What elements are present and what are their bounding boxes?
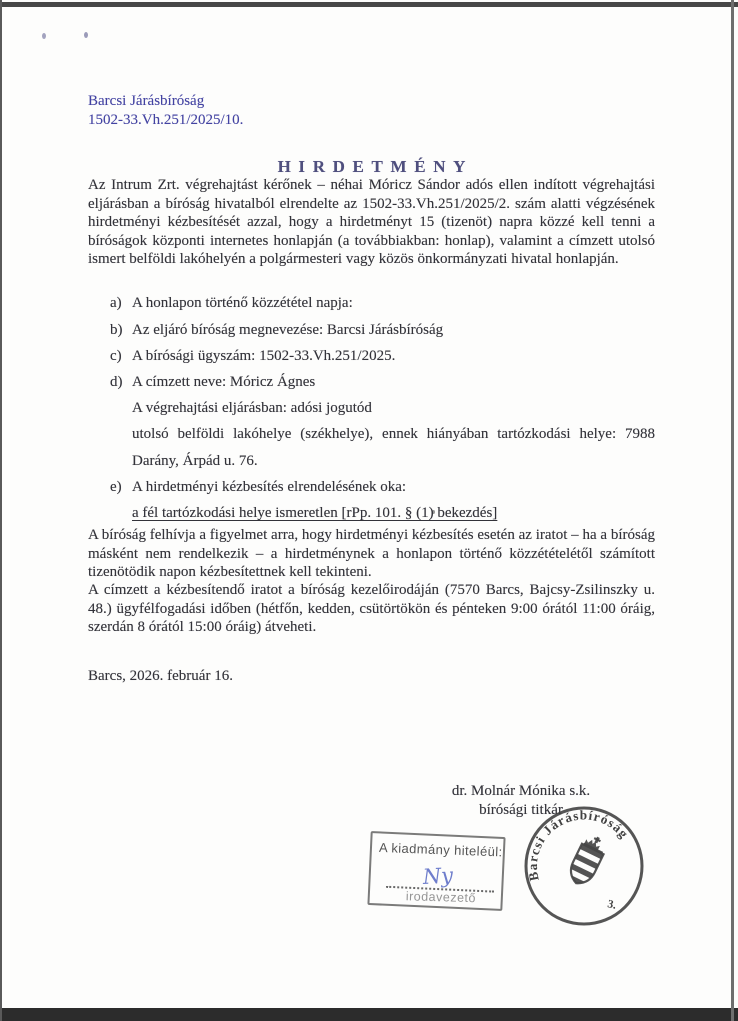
certification-label: A kiadmány hiteléül: <box>379 840 503 860</box>
list-item-c: c) A bírósági ügyszám: 1502-33.Vh.251/20… <box>88 343 655 369</box>
court-seal: Barcsi Járásbíróság 3. <box>521 803 647 929</box>
hungarian-coat-of-arms-icon <box>565 832 609 889</box>
list-marker: c) <box>110 343 122 369</box>
item-list: a) A honlapon történő közzététel napja: … <box>88 290 655 526</box>
list-item-b: b) Az eljáró bíróság megnevezése: Barcsi… <box>88 317 655 343</box>
intro-paragraph: Az Intrum Zrt. végrehajtást kérőnek – né… <box>88 176 655 268</box>
certifier-role: irodavezető <box>406 889 476 905</box>
certification-stamp: A kiadmány hiteléül: Ny irodavezető <box>367 831 505 911</box>
list-item-a: a) A honlapon történő közzététel napja: <box>88 290 655 316</box>
list-item-text: A honlapon történő közzététel napja: <box>132 295 353 311</box>
scan-edge-bottom <box>0 1008 738 1021</box>
scan-edge-right <box>731 0 734 1021</box>
date-line: Barcs, 2026. február 16. <box>88 667 655 685</box>
court-name: Barcsi Járásbíróság <box>88 92 655 111</box>
list-item-text: A címzett neve: Móricz Ágnes <box>132 374 315 390</box>
list-item-e: e) A hirdetményi kézbesítés elrendelésén… <box>88 474 655 500</box>
pickup-paragraph: A címzett a kézbesítendő iratot a bírósá… <box>88 581 655 636</box>
scan-edge-left <box>0 0 2 1021</box>
scan-speck <box>42 33 46 39</box>
case-number: 1502-33.Vh.251/2025/10. <box>88 111 655 130</box>
list-marker: b) <box>110 317 123 343</box>
underlined-text: a fél tartózkodási helye ismeretlen [rPp… <box>132 505 497 521</box>
list-item-e-reason: a fél tartózkodási helye ismeretlen [rPp… <box>88 500 655 526</box>
list-item-text: A hirdetményi kézbesítés elrendelésének … <box>132 479 406 495</box>
document-body: Barcsi Járásbíróság 1502-33.Vh.251/2025/… <box>88 0 655 685</box>
list-marker: d) <box>110 369 123 395</box>
list-item-d: d) A címzett neve: Móricz Ágnes <box>88 369 655 395</box>
list-item-text: Az eljáró bíróság megnevezése: Barcsi Já… <box>132 322 443 338</box>
scanned-document-page: Barcsi Járásbíróság 1502-33.Vh.251/2025/… <box>0 0 738 1021</box>
signer-name: dr. Molnár Mónika s.k. <box>436 782 606 801</box>
list-item-d-subline: A végrehajtási eljárásban: adósi jogutód <box>88 395 655 421</box>
list-item-d-subline: utolsó belföldi lakóhelye (székhelye), e… <box>88 421 655 473</box>
document-title: HIRDETMÉNY <box>88 158 655 176</box>
list-marker: a) <box>110 290 122 316</box>
letterhead: Barcsi Járásbíróság 1502-33.Vh.251/2025/… <box>88 92 655 130</box>
seal-number: 3. <box>606 898 617 912</box>
list-marker: e) <box>110 474 122 500</box>
notice-paragraph: A bíróság felhívja a figyelmet arra, hog… <box>88 526 655 581</box>
handwritten-initials: Ny <box>422 863 454 889</box>
court-seal-graphic: Barcsi Járásbíróság 3. <box>521 803 647 929</box>
list-item-text: A bírósági ügyszám: 1502-33.Vh.251/2025. <box>132 348 395 364</box>
